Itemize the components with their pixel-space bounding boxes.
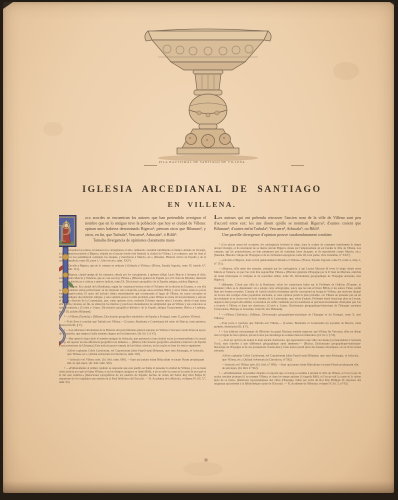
footnote: ⁶ —«Premièrement, au premier chapitre on…: [214, 372, 361, 386]
foxing-spot: [183, 462, 223, 476]
footnote: ² «Bilunum. Era ciudad de la Bastitania,…: [59, 285, 206, 313]
column-french: Les auteurs qui ont prétendu retrouver l…: [214, 215, 361, 439]
footnote: ⁵ —Hay quien le haya dado el nombre anti…: [59, 338, 206, 349]
footnote-latin: «Urbes capiuntur Celtis Carteiorum, vel …: [67, 350, 204, 357]
footnote: ³ —«Villena (Turbula).» (Miñano, Diccion…: [59, 315, 206, 319]
page-title: IGLESIA ARCEDIANAL DE SANTIAGO: [3, 185, 398, 195]
foxing-spot: [43, 122, 63, 136]
footnote: ⁵ —Il en est qui lui ont donné le nom an…: [214, 339, 361, 353]
illuminated-initial: P: [59, 215, 81, 347]
footnote: ¹ «Ocupadas las plazas, levantaron los c…: [59, 249, 206, 263]
illuminated-letter: P: [59, 221, 72, 248]
footnote: ⁴ —Las ediciones vulcanianas de la Histo…: [59, 329, 206, 336]
book-page: PILA BAUTISMAL DE SANTIAGO DE VILLENA IG…: [3, 2, 394, 493]
font-engraving-illustration: [133, 20, 283, 165]
foxing-spot: [333, 62, 359, 80]
footnote: ⁶ —«Primeramente al primer capítulo se r…: [59, 367, 206, 385]
footnote: —Tout porte à conclure que Turbula soit …: [214, 322, 361, 329]
footnote: —«Bigerra, ciudad amiga de los romanos, …: [59, 273, 206, 284]
footnote: ⁴ —Les éditions vulcaniennes de l'Histoi…: [214, 330, 361, 337]
footnote: ³ —«Villena (Turbula).» (Miñano, Diction…: [214, 313, 361, 320]
page-subtitle: EN VILLENA.: [3, 200, 398, 209]
footnote: —Todo lleva á concluir que Turbula sea V…: [59, 320, 206, 327]
scan-corner-shadow-left: [0, 0, 16, 11]
body-paragraph-es: oco acordes se encuentran los autores qu…: [59, 215, 206, 237]
footnote: ¹ «Ces places ayant été occupées, les ca…: [214, 243, 361, 257]
footnote: —«Orcelis et Bigerra, dont on fait génér…: [214, 259, 361, 266]
footnote: —«Orcelis y Bigerra, que en lo romano se…: [59, 265, 206, 272]
footnotes-fr: ¹ «Ces places ayant été occupées, les ca…: [214, 243, 361, 386]
footnote-latin: —Arbacala vel Villena urbs. (Id. ibid. n…: [67, 358, 204, 365]
body-paragraph2-fr: Une pareille divergence d'opinion prouve…: [214, 232, 361, 238]
baptismal-font-drawing: [133, 20, 283, 165]
column-spanish: P oco acordes se encuentran los autores …: [59, 215, 206, 439]
printers-mark: [203, 458, 209, 462]
footnotes-es: ¹ «Ocupadas las plazas, levantaron los c…: [59, 249, 206, 385]
footnote-latin: «Urbes capiuntur Celtis Carteiorum, vel …: [222, 355, 359, 362]
body-paragraph-fr: Les auteurs qui ont prétendu retrouver l…: [214, 215, 361, 232]
footnote: —«Bigerra, ville amie des romains, assié…: [214, 268, 361, 282]
plate-caption: PILA BAUTISMAL DE SANTIAGO DE VILLENA: [159, 161, 245, 164]
scan-corner-shadow-right: [387, 0, 398, 8]
text-columns: P oco acordes se encuentran los autores …: [59, 215, 361, 439]
footnote-latin: —Arbacala vel Villena urbs. (Id. ibid. n…: [222, 363, 359, 370]
footnote: ² «Bilunum. C'était une ville de la Bast…: [214, 283, 361, 311]
